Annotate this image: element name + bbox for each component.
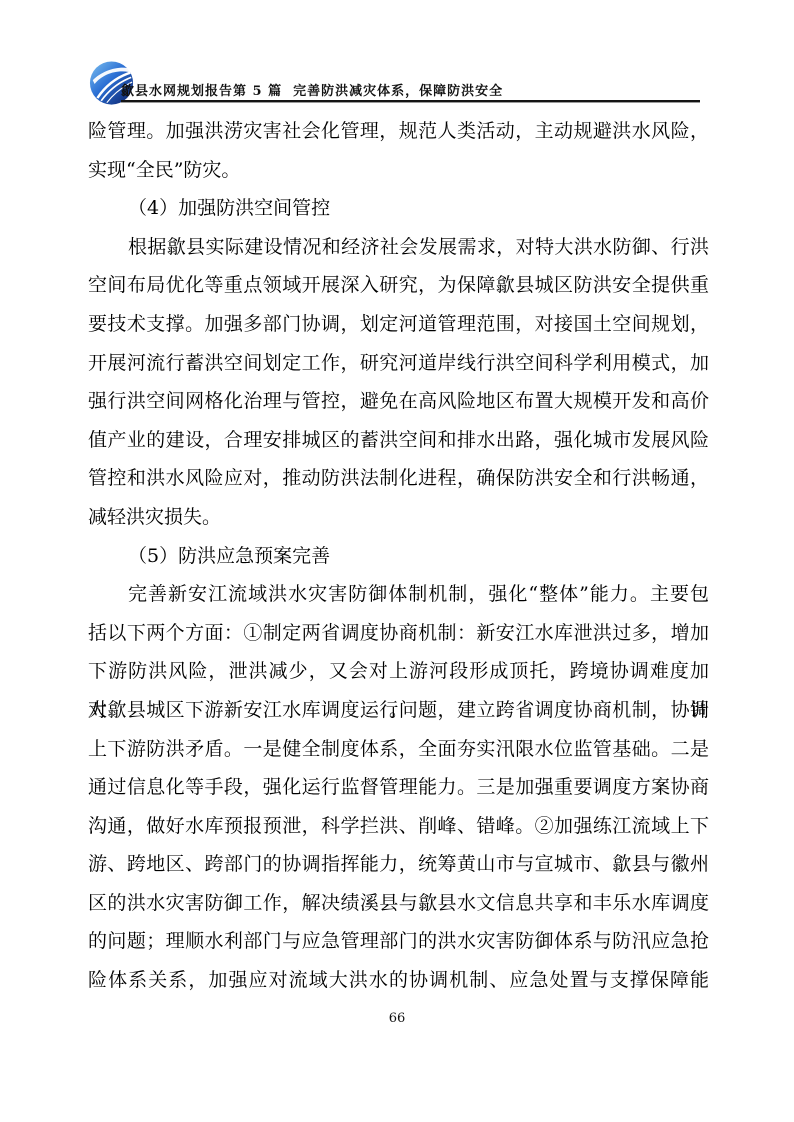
header-rule: [121, 100, 700, 103]
document-page: 歙县水网规划报告第 5 篇 完善防洪减灾体系，保障防洪安全 险管理。加强洪涝灾害…: [0, 0, 794, 1122]
text-line: 通过信息化等手段，强化运行监督管理能力。三是加强重要调度方案协商: [88, 768, 709, 807]
text-line: 空间布局优化等重点领域开展深入研究，为保障歙县城区防洪安全提供重: [88, 266, 709, 305]
text-line: 开展河流行蓄洪空间划定工作，研究河道岸线行洪空间科学利用模式，加: [88, 344, 709, 383]
page-footer: 66: [0, 1011, 794, 1026]
text-line: 险体系关系，加强应对流域大洪水的协调机制、应急处置与支撑保障能: [88, 961, 709, 1000]
text-line: 区的洪水灾害防御工作，解决绩溪县与歙县水文信息共享和丰乐水库调度: [88, 884, 709, 923]
text-line: 对歙县城区下游新安江水库调度运行问题，建立跨省调度协商机制，协调: [88, 691, 709, 730]
text-line: 沟通，做好水库预报预泄，科学拦洪、削峰、错峰。②加强练江流域上下: [88, 807, 709, 846]
text-line: 值产业的建设，合理安排城区的蓄洪空间和排水出路，强化城市发展风险: [88, 421, 709, 460]
text-line: 要技术支撑。加强多部门协调，划定河道管理范围，对接国土空间规划，: [88, 305, 709, 344]
text-line: 的问题；理顺水利部门与应急管理部门的洪水灾害防御体系与防汛应急抢: [88, 922, 709, 961]
header-title: 歙县水网规划报告第 5 篇 完善防洪减灾体系，保障防洪安全: [121, 80, 503, 99]
document-body: 险管理。加强洪涝灾害社会化管理，规范人类活动，主动规避洪水风险，实现“全民”防灾…: [88, 112, 709, 1000]
text-line: 实现“全民”防灾。: [88, 151, 709, 190]
text-line: 游、跨地区、跨部门的协调指挥能力，统筹黄山市与宣城市、歙县与徽州: [88, 845, 709, 884]
text-line: 减轻洪灾损失。: [88, 498, 709, 537]
text-line: （5）防洪应急预案完善: [88, 537, 709, 576]
text-line: 根据歙县实际建设情况和经济社会发展需求，对特大洪水防御、行洪: [88, 228, 709, 267]
text-line: 上下游防洪矛盾。一是健全制度体系，全面夯实汛限水位监管基础。二是: [88, 730, 709, 769]
text-line: 强行洪空间网格化治理与管控，避免在高风险地区布置大规模开发和高价: [88, 382, 709, 421]
text-line: 完善新安江流域洪水灾害防御体制机制，强化“整体”能力。主要包: [88, 575, 709, 614]
text-line: 管控和洪水风险应对，推动防洪法制化进程，确保防洪安全和行洪畅通，: [88, 459, 709, 498]
page-number: 66: [389, 1011, 406, 1026]
text-line: 括以下两个方面：①制定两省调度协商机制：新安江水库泄洪过多，增加: [88, 614, 709, 653]
text-line: 险管理。加强洪涝灾害社会化管理，规范人类活动，主动规避洪水风险，: [88, 112, 709, 151]
text-line: （4）加强防洪空间管控: [88, 189, 709, 228]
text-line: 下游防洪风险，泄洪减少，又会对上游河段形成顶托，跨境协调难度加大。针: [88, 652, 709, 691]
